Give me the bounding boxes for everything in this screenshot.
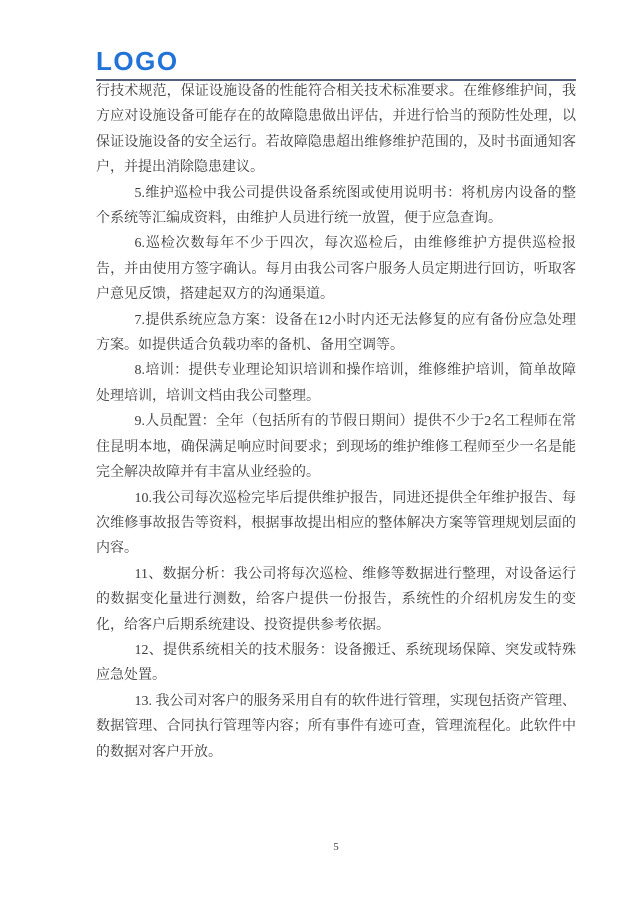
paragraph: 7.提供系统应急方案：设备在12小时内还无法修复的应有备份应急处理方案。如提供适… bbox=[96, 308, 576, 359]
paragraph: 行技术规范，保证设施设备的性能符合相关技术标准要求。在维修维护间，我方应对设施设… bbox=[96, 79, 576, 181]
page-footer: 5 bbox=[96, 837, 576, 855]
document-page: LOGO 行技术规范，保证设施设备的性能符合相关技术标准要求。在维修维护间，我方… bbox=[0, 0, 640, 906]
paragraph: 8.培训：提供专业理论知识培训和操作培训，维修维护培训，简单故障处理培训，培训文… bbox=[96, 358, 576, 409]
paragraph: 6.巡检次数每年不少于四次，每次巡检后，由维修维护方提供巡检报告，并由使用方签字… bbox=[96, 231, 576, 307]
paragraph: 10.我公司每次巡检完毕后提供维护报告，同进还提供全年维护报告、每次维修事故报告… bbox=[96, 486, 576, 562]
company-logo: LOGO bbox=[96, 48, 179, 74]
paragraph: 12、提供系统相关的技术服务：设备搬迁、系统现场保障、突发或特殊应急处置。 bbox=[96, 638, 576, 689]
paragraph: 11、数据分析：我公司将每次巡检、维修等数据进行整理，对设备运行的数据变化量进行… bbox=[96, 562, 576, 638]
document-body: 行技术规范，保证设施设备的性能符合相关技术标准要求。在维修维护间，我方应对设施设… bbox=[96, 79, 576, 765]
paragraph: 9.人员配置：全年（包括所有的节假日期间）提供不少于2名工程师在常住昆明本地，确… bbox=[96, 409, 576, 485]
page-number: 5 bbox=[333, 841, 339, 853]
page-header: LOGO bbox=[96, 48, 576, 81]
paragraph: 5.维护巡检中我公司提供设备系统图或使用说明书：将机房内设备的整个系统等汇编成资… bbox=[96, 181, 576, 232]
paragraph: 13. 我公司对客户的服务采用自有的软件进行管理，实现包括资产管理、数据管理、合… bbox=[96, 689, 576, 765]
